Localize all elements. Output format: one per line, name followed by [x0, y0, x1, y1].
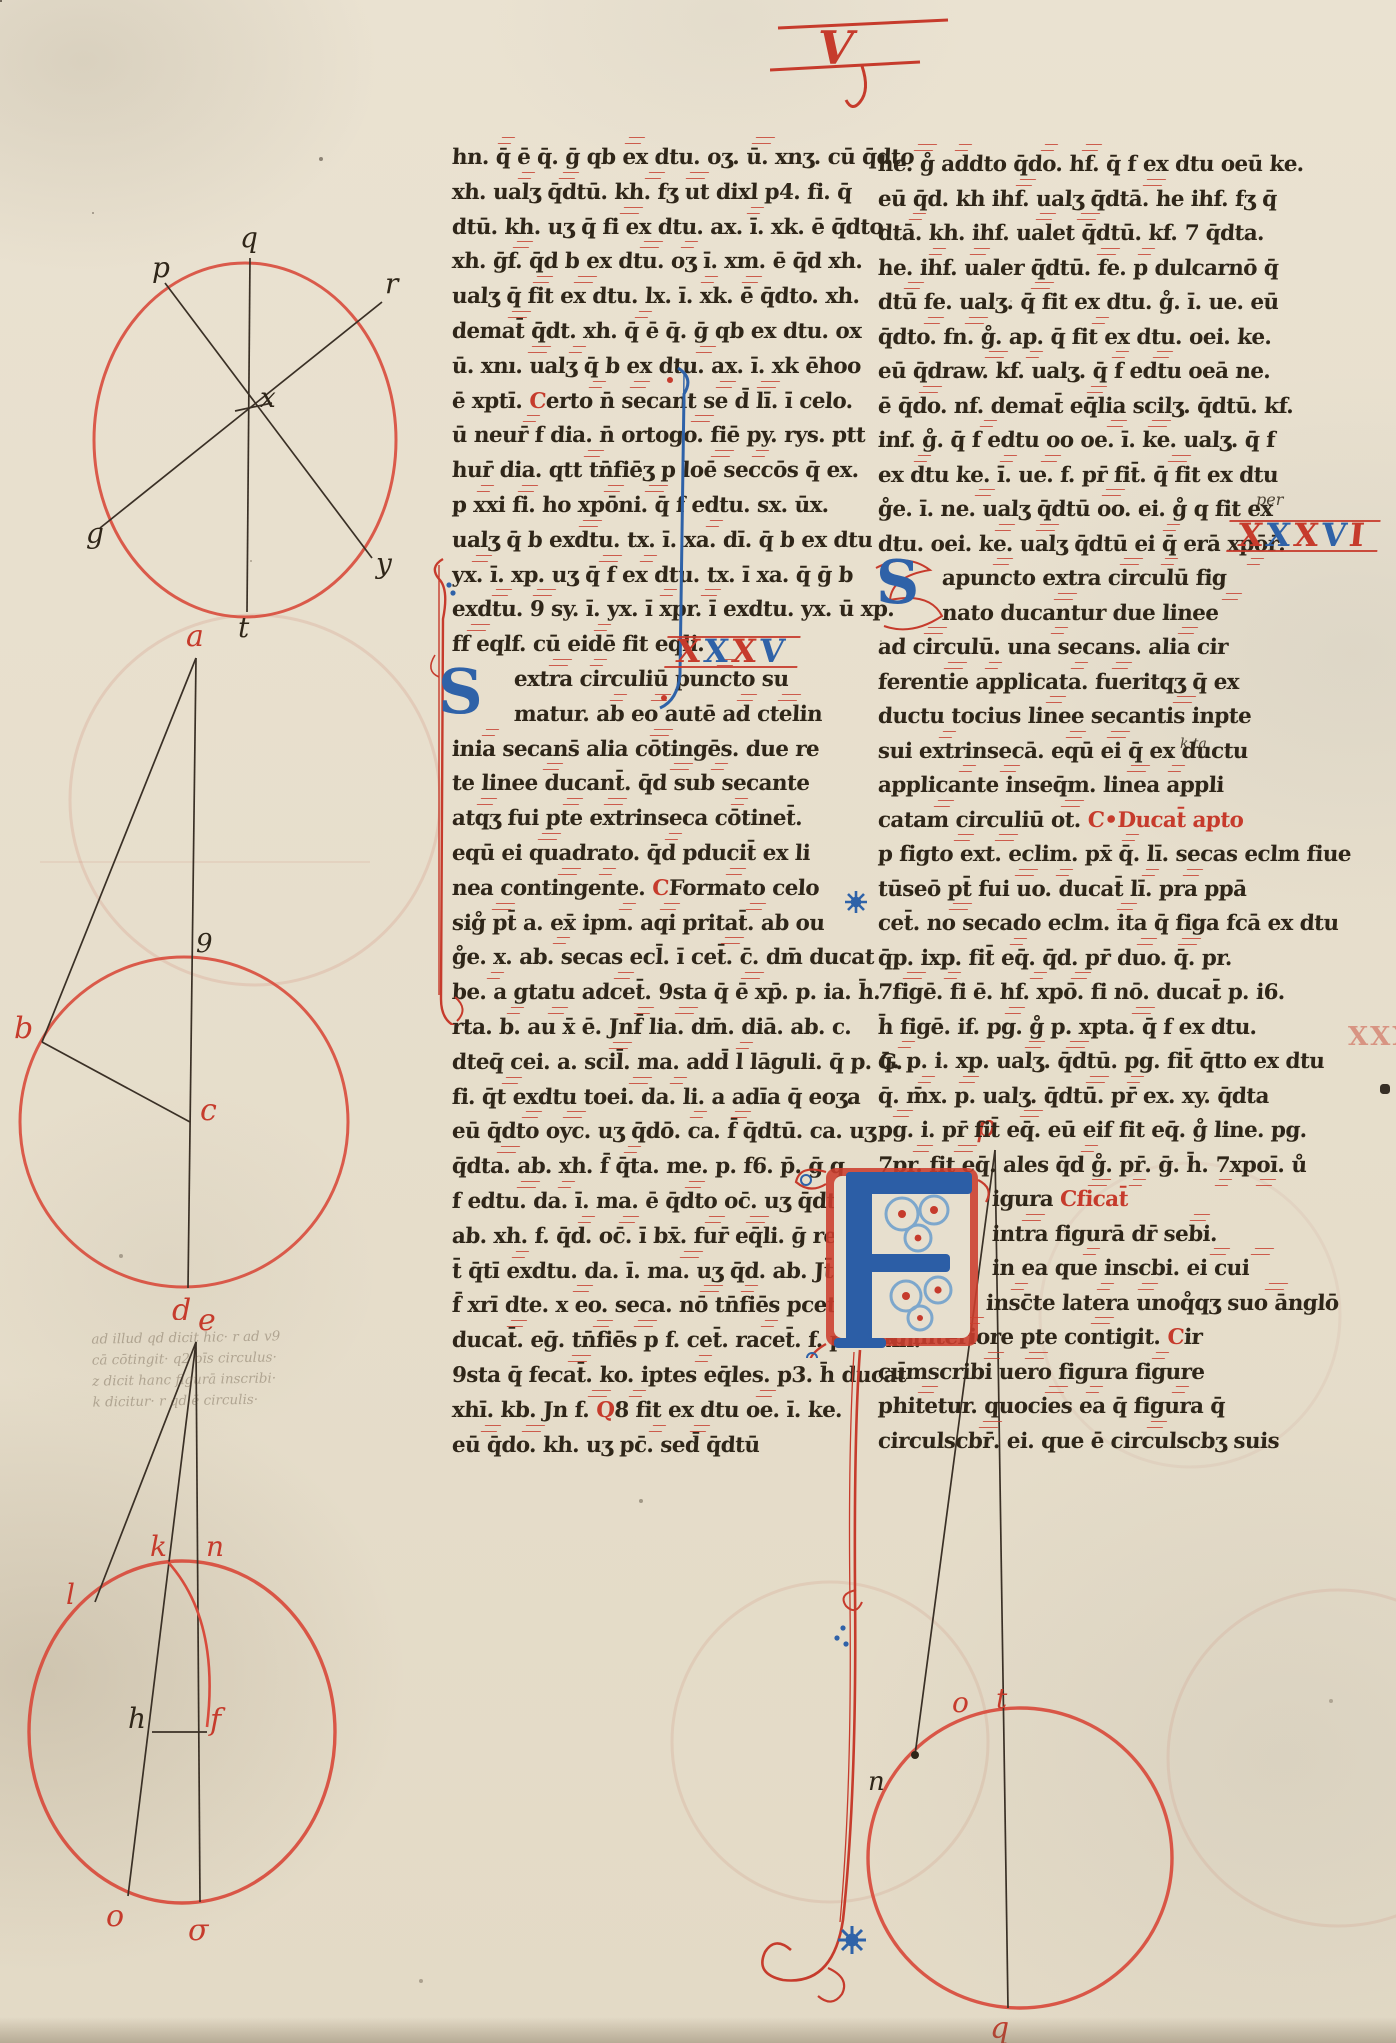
rubric-tick [893, 1110, 914, 1117]
rubric-tick [1026, 351, 1044, 358]
rubric-tick [914, 144, 938, 151]
rubric-tick [944, 662, 968, 669]
edge-partial-numeral: XXXII [1348, 1022, 1396, 1052]
rubric-tick [1122, 834, 1140, 841]
rubric-tick [1173, 696, 1197, 703]
rubric-tick [1083, 1248, 1101, 1255]
text-line: applicante inseq̄m. linea appli [877, 771, 1224, 801]
rubric-tick [1183, 869, 1204, 876]
rubric-tick [909, 213, 927, 220]
rubric-tick [995, 524, 1016, 531]
rubric-tick [1161, 558, 1179, 565]
text-line: 7figē. fi ē. hf. xpō. fi nō. ducat̄ p. i… [877, 978, 1285, 1008]
body-text: apuncto extra circulū fig [941, 566, 1227, 591]
rubric-tick [1127, 765, 1151, 772]
marginal-note-line: k dicitur· r qd ē circulis· [92, 1389, 281, 1413]
body-text: q̄p. ixp. fit̄ eq̄. q̄d. pr̄ duo. q̄. pr… [877, 946, 1232, 971]
rubric-tick [985, 351, 1009, 358]
rubric-tick [954, 1145, 978, 1152]
text-line: ductu tocius linee secantis inpte [877, 702, 1252, 732]
text-line: p figto ext. eclim. px̄ q̄. lī. secas ec… [877, 840, 1351, 870]
rubric-tick [979, 1421, 1003, 1428]
rubric-tick [1015, 869, 1039, 876]
rubric-tick [1120, 558, 1144, 565]
rubric-tick [993, 558, 1014, 565]
marginal-note: ad illud qd dicit hic· r ad v9 cā cōting… [91, 1326, 281, 1413]
body-text: ad circulū. una secans. alia cir [877, 635, 1228, 660]
rubric-tick [1107, 420, 1128, 427]
rubric-tick [1107, 731, 1131, 738]
body-text: ferentie applicata. fueritqʒ q̄ ex [877, 670, 1239, 695]
body-text: h̄ figē. if. pg. g̊ p. xpta. q̄ f ex dtu… [877, 1015, 1257, 1040]
rubric-tick [1077, 213, 1101, 220]
rubric-tick [913, 1145, 934, 1152]
rubric-tick [1190, 1214, 1211, 1221]
text-line: eū q̄d. kh ihf. ualʒ q̄dtā. he ihf. fʒ q… [877, 185, 1277, 215]
rubric-tick [1222, 593, 1243, 600]
body-text: inf. g̊. q̄ f edtu oo oe. ī. ke. ualʒ. q… [877, 428, 1275, 453]
rubric-tick [1112, 662, 1133, 669]
text-column-right: he. g̊ addto q̄do. hf. q̄ f ex dtu oeū k… [0, 0, 1396, 2043]
initial-s-left: S [438, 660, 483, 724]
rubricated-text: Cficat̄ [1059, 1187, 1128, 1212]
body-text: nato ducantur due linee [941, 601, 1219, 626]
body-text: circulscbr̄. ei. que ē circulscbʒ suis [877, 1429, 1279, 1454]
body-text: ē q̄do. nf. demat̄ eq̄lia scilʒ. q̄dtū. … [877, 394, 1294, 419]
rubric-tick [975, 489, 996, 496]
rubric-tick [944, 972, 962, 979]
rubric-tick [1086, 1386, 1104, 1393]
text-line: intra figurā dr̄ sebi. [991, 1220, 1218, 1250]
rubric-tick [1168, 455, 1192, 462]
rubric-tick [1031, 282, 1055, 289]
body-text: in ea que inscbi. ei cui [991, 1256, 1250, 1281]
rubric-tick [959, 1076, 980, 1083]
body-text: g̊e. ī. ne. ualʒ q̄dtū oo. ei. g̊ q fit … [877, 497, 1273, 522]
rubric-tick [995, 834, 1019, 841]
rubric-tick [980, 420, 998, 427]
rubric-tick [1129, 1179, 1147, 1186]
body-text: applicante inseq̄m. linea appli [877, 773, 1224, 798]
initial-f-figura [790, 1158, 990, 1358]
gutter-blue-star [840, 886, 872, 918]
gutter-red-flourish [700, 1340, 930, 2040]
text-line: catam circuliū ot. C•Ducat̄ apto [877, 806, 1244, 836]
rubric-tick [1045, 1386, 1069, 1393]
interlinear-note: k ta [1180, 736, 1207, 752]
manuscript-page: V p q r x g y t a 9 b c d e l [0, 0, 1396, 2043]
rubric-tick [1102, 489, 1126, 496]
rubric-tick [1178, 627, 1199, 634]
rubric-tick [1051, 627, 1069, 634]
rubric-tick [1086, 1076, 1110, 1083]
rubric-tick [1091, 1317, 1115, 1324]
rubric-tick [1066, 1041, 1090, 1048]
rubric-tick [1022, 1214, 1046, 1221]
text-line: he. ihf. ualer q̄dtū. fe. p dulcarnō q̄ [877, 254, 1279, 284]
rubric-tick [1117, 903, 1138, 910]
text-line: g̊e. ī. ne. ualʒ q̄dtū oo. ei. g̊ q fit … [877, 495, 1273, 525]
body-text: dtū fe. ualʒ. q̄ fit ex dtu. g̊. ī. ue. … [877, 290, 1279, 315]
rubric-tick [954, 834, 975, 841]
text-line: igura Cficat̄ [991, 1185, 1128, 1215]
text-line: tūseō pt̄ fui uo. ducat̄ lī. pra ppā [877, 875, 1247, 905]
rubric-tick [955, 144, 973, 151]
rubric-tick [1138, 1283, 1159, 1290]
rubric-tick [1251, 1248, 1275, 1255]
rubric-tick [1041, 455, 1062, 462]
body-text: cet̄. no secado eclm. ita q̄ figa fcā ex… [877, 911, 1339, 936]
chapter-numeral-xxxvi: XXXVI [1236, 516, 1369, 554]
rubric-tick [970, 248, 991, 255]
body-text: p figto ext. eclim. px̄ q̄. lī. secas ec… [877, 842, 1351, 867]
rubric-tick [1030, 972, 1048, 979]
body-text: he. ihf. ualer q̄dtū. fe. p dulcarnō q̄ [877, 256, 1279, 281]
rubric-tick [1082, 144, 1103, 151]
body-text: ductu tocius linee secantis inpte [877, 704, 1251, 729]
text-line: dtū fe. ualʒ. q̄ fit ex dtu. g̊. ī. ue. … [877, 288, 1279, 318]
text-line: insc̄te latera unoq̊qʒ suo ānglō [985, 1289, 1339, 1319]
body-text: catam circuliū ot. [877, 808, 1088, 833]
rubric-tick [1036, 213, 1057, 220]
text-line: in ea que inscbi. ei cui [991, 1254, 1250, 1284]
text-line: eū q̄draw. kf. ualʒ. q̄ f edtu oeā ne. [877, 357, 1271, 387]
rubric-tick [1061, 800, 1085, 807]
text-line: ex dtu ke. ī. ue. f. pr̄ fit̄. q̄ fit ex… [877, 461, 1279, 491]
rubric-tick [1088, 1179, 1112, 1186]
text-line: nato ducantur due linee [941, 599, 1219, 629]
text-line: ferentie applicata. fueritqʒ q̄ ex [877, 668, 1240, 698]
rubric-tick [1178, 938, 1202, 945]
text-line: dtā. kh. ihf. ualet q̄dtū. kf. 7 q̄dta. [877, 219, 1265, 249]
body-text: eū q̄draw. kf. ualʒ. q̄ f edtu oeā ne. [877, 359, 1271, 384]
rubric-tick [959, 765, 977, 772]
rubric-tick [1143, 179, 1167, 186]
rubric-tick [1210, 1248, 1231, 1255]
rubric-tick [1046, 696, 1067, 703]
initial-s-left-flourish [415, 535, 485, 1025]
text-line: q̄dto. fn. g̊. ap. q̄ fit ex dtu. oei. k… [877, 323, 1272, 353]
rubric-tick [1147, 1421, 1168, 1428]
rubric-tick [1025, 1352, 1049, 1359]
chapter-numeral-xxxv: XXXV [674, 632, 789, 670]
rubric-tick [1168, 765, 1186, 772]
body-text: q̄. m̄x. p. ualʒ. q̄dtū. pr̄ ex. xy. q̄d… [877, 1084, 1269, 1109]
body-text: dtā. kh. ihf. ualet q̄dtū. kf. 7 q̄dta. [877, 221, 1264, 246]
text-line: q̄. m̄x. p. ualʒ. q̄dtū. pr̄ ex. xy. q̄d… [877, 1082, 1269, 1112]
rubric-tick [1025, 1041, 1046, 1048]
rubric-tick [1172, 1386, 1190, 1393]
rubric-tick [919, 386, 943, 393]
rubricated-text: C•Ducat̄ apto [1087, 808, 1244, 833]
rubric-tick [898, 1041, 916, 1048]
rubricated-text: C [1167, 1325, 1185, 1350]
body-text: 7figē. fi ē. hf. xpō. fi nō. ducat̄ p. i… [877, 980, 1285, 1005]
text-line: pg. i. pr̄ fit̄ eq̄. eū eif fit eq̄. g̊ … [877, 1116, 1307, 1146]
text-line: h̄ figē. if. pg. g̊ p. xpta. q̄ f ex dtu… [877, 1013, 1257, 1043]
text-line: apuncto extra circulū fig [941, 564, 1227, 594]
body-text: eū q̄d. kh ihf. ualʒ q̄dtā. he ihf. fʒ q… [877, 187, 1277, 212]
rubric-tick [1041, 144, 1059, 151]
rubric-tick [1247, 558, 1265, 565]
rubric-tick [904, 282, 925, 289]
body-text: he. g̊ addto q̄do. hf. q̄ f ex dtu oeū k… [877, 152, 1304, 177]
body-text: q̄dto. fn. g̊. ap. q̄ fit ex dtu. oei. k… [877, 325, 1272, 350]
rubric-tick [1054, 593, 1078, 600]
text-line: ē q̄do. nf. demat̄ eq̄lia scilʒ. q̄dtū. … [877, 392, 1294, 422]
body-text: ir [1183, 1325, 1203, 1350]
body-text: q̄. p. i. xp. ualʒ. q̄dtū. pg. fit̄ q̄tt… [877, 1049, 1325, 1074]
text-line: circulscbr̄. ei. que ē circulscbʒ suis [877, 1427, 1280, 1457]
rubric-tick [1036, 524, 1060, 531]
rubric-tick [1112, 351, 1130, 358]
initial-s-right: S [876, 552, 919, 614]
rubric-tick [1153, 351, 1174, 358]
rubric-tick [1256, 1179, 1277, 1186]
rubric-tick [1137, 938, 1158, 945]
text-line: q̄. p. i. xp. ualʒ. q̄dtū. pg. fit̄ q̄tt… [877, 1047, 1325, 1077]
body-text: ex dtu ke. ī. ue. f. pr̄ fit̄. q̄ fit ex… [877, 463, 1278, 488]
rubric-tick [903, 972, 927, 979]
rubric-tick [1005, 1007, 1026, 1014]
rubric-tick [1000, 765, 1021, 772]
body-text: pg. i. pr̄ fit̄ eq̄. eū eif fit eq̄. g̊ … [877, 1118, 1307, 1143]
rubric-tick [1215, 1179, 1233, 1186]
ink-specks [0, 0, 2, 2]
body-text: insc̄te latera unoq̊qʒ suo ānglō [985, 1291, 1339, 1316]
margin-annotation-per: per [1256, 490, 1283, 509]
rubric-tick [1148, 420, 1172, 427]
body-text: tūseō pt̄ fui uo. ducat̄ lī. pra ppā [877, 877, 1247, 902]
body-text: igura [991, 1187, 1060, 1212]
rubric-tick [924, 317, 945, 324]
rubric-tick [1020, 1110, 1044, 1117]
rubric-tick [1265, 1283, 1289, 1290]
text-line: cet̄. no secado eclm. ita q̄ figa fcā ex… [877, 909, 1339, 939]
rubric-tick [1087, 386, 1108, 393]
rubric-tick [1066, 731, 1087, 738]
text-line: inf. g̊. q̄ f edtu oo oe. ī. ke. ualʒ. q… [877, 426, 1275, 456]
text-line: he. g̊ addto q̄do. hf. q̄ f ex dtu oeū k… [877, 150, 1304, 180]
rubric-tick [1016, 179, 1037, 186]
rubric-tick [1132, 1007, 1156, 1014]
rubric-tick [1071, 972, 1092, 979]
text-line: q̄p. ixp. fit̄ eq̄. q̄d. pr̄ duo. q̄. pr… [877, 944, 1232, 974]
body-text: intra figurā dr̄ sebi. [991, 1222, 1217, 1247]
rubric-tick [934, 800, 955, 807]
rubric-tick [949, 903, 973, 910]
rubric-tick [1097, 248, 1121, 255]
rubric-tick [965, 317, 989, 324]
